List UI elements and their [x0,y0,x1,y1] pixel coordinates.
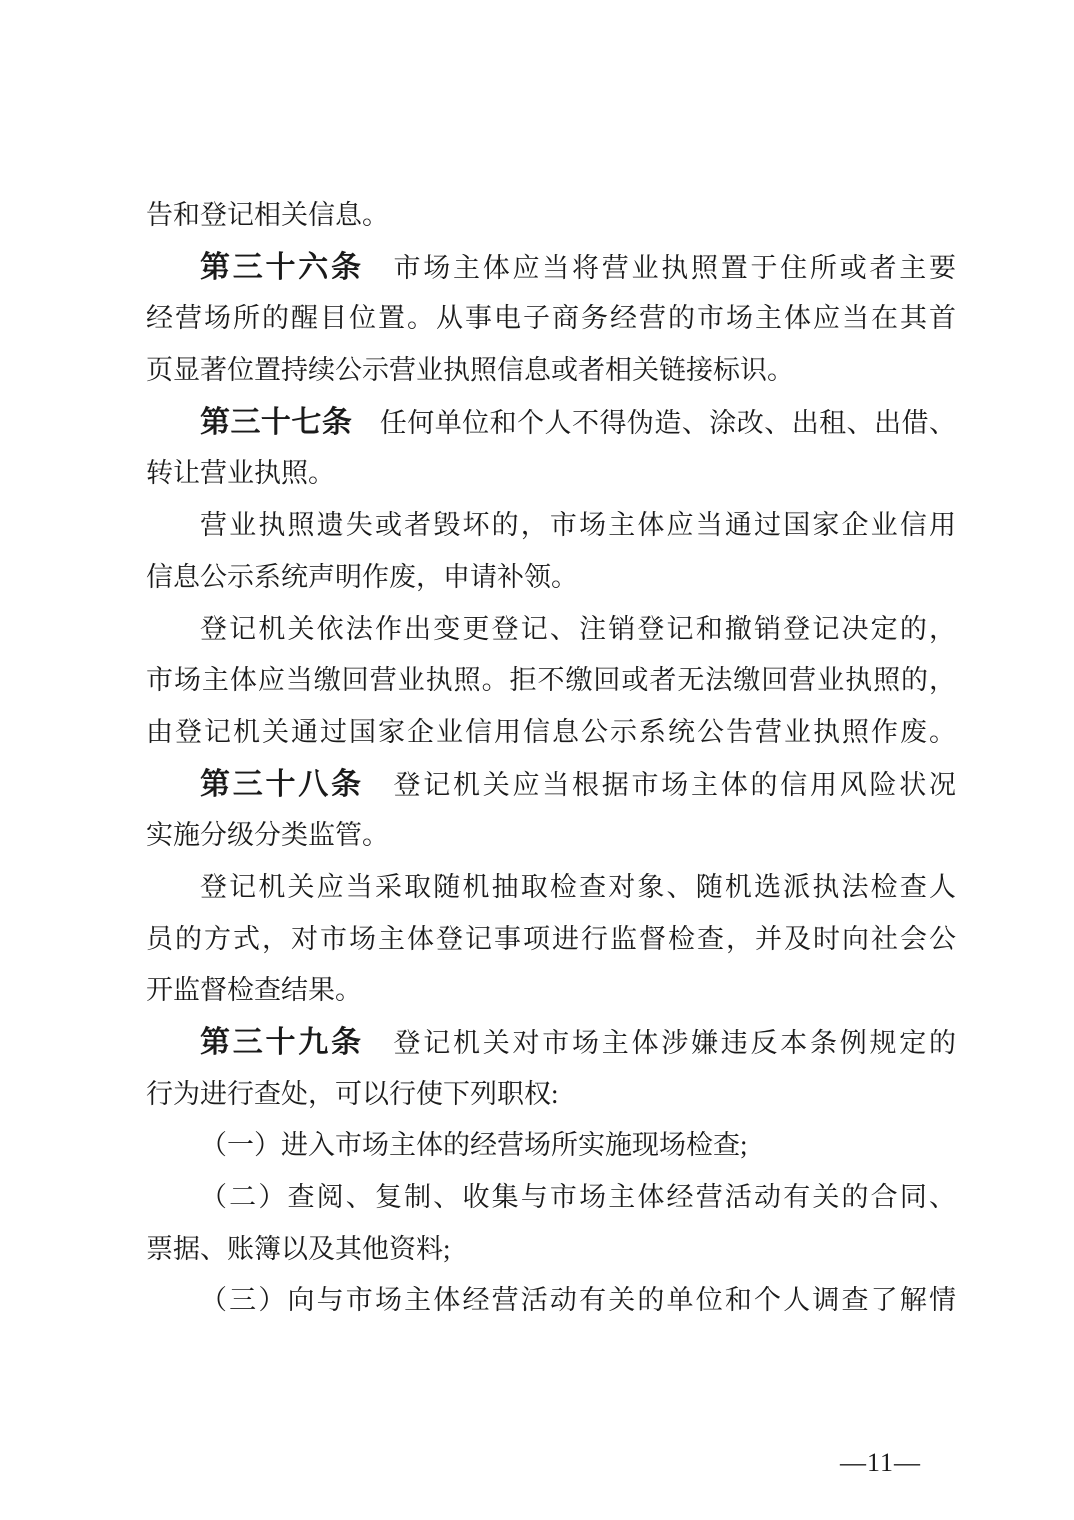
text-line: 第三十七条 任何单位和个人不得伪造、涂改、出租、出借、 [146,397,956,449]
line-text: 开监督检查结果。 [146,975,362,1005]
line-text: 页显著位置持续公示营业执照信息或者相关链接标识。 [146,355,794,385]
line-text: 登记机关依法作出变更登记、注销登记和撤销登记决定的， [200,614,956,644]
text-line: 告和登记相关信息。 [146,190,956,242]
text-line: 经营场所的醒目位置。从事电子商务经营的市场主体应当在其首 [146,293,956,345]
line-text: 登记机关对市场主体涉嫌违反本条例规定的 [364,1028,956,1058]
line-text: 营业执照遗失或者毁坏的，市场主体应当通过国家企业信用 [200,510,956,540]
document-page: 告和登记相关信息。第三十六条 市场主体应当将营业执照置于住所或者主要经营场所的醒… [0,0,1074,1520]
line-text: 信息公示系统声明作废，申请补领。 [146,562,578,592]
line-text: （一）进入市场主体的经营场所实施现场检查; [200,1130,748,1160]
line-text: 告和登记相关信息。 [146,200,389,230]
page-number: —11— [840,1448,921,1478]
text-line: （二）查阅、复制、收集与市场主体经营活动有关的合同、 [146,1172,956,1224]
line-text: 经营场所的醒目位置。从事电子商务经营的市场主体应当在其首 [146,303,956,333]
line-text: 市场主体应当将营业执照置于住所或者主要 [364,253,956,283]
article-number: 第三十七条 [200,406,352,439]
line-text: 市场主体应当缴回营业执照。拒不缴回或者无法缴回营业执照的， [146,665,956,695]
text-line: （一）进入市场主体的经营场所实施现场检查; [146,1120,956,1172]
text-line: 由登记机关通过国家企业信用信息公示系统公告营业执照作废。 [146,707,956,759]
document-body: 告和登记相关信息。第三十六条 市场主体应当将营业执照置于住所或者主要经营场所的醒… [146,190,956,1327]
line-text: 由登记机关通过国家企业信用信息公示系统公告营业执照作废。 [146,717,956,747]
text-line: 实施分级分类监管。 [146,810,956,862]
line-text: 转让营业执照。 [146,458,335,488]
text-line: 第三十六条 市场主体应当将营业执照置于住所或者主要 [146,242,956,294]
text-line: 员的方式，对市场主体登记事项进行监督检查，并及时向社会公 [146,914,956,966]
line-text: （三）向与市场主体经营活动有关的单位和个人调查了解情 [200,1285,956,1315]
line-text: 登记机关应当采取随机抽取检查对象、随机选派执法检查人 [200,872,956,902]
text-line: 第三十八条 登记机关应当根据市场主体的信用风险状况 [146,759,956,811]
text-line: 登记机关依法作出变更登记、注销登记和撤销登记决定的， [146,604,956,656]
line-text: 员的方式，对市场主体登记事项进行监督检查，并及时向社会公 [146,924,956,954]
text-line: 转让营业执照。 [146,448,956,500]
text-line: 页显著位置持续公示营业执照信息或者相关链接标识。 [146,345,956,397]
text-line: 第三十九条 登记机关对市场主体涉嫌违反本条例规定的 [146,1017,956,1069]
text-line: 营业执照遗失或者毁坏的，市场主体应当通过国家企业信用 [146,500,956,552]
text-line: 开监督检查结果。 [146,965,956,1017]
line-text: 实施分级分类监管。 [146,820,389,850]
line-text: 任何单位和个人不得伪造、涂改、出租、出借、 [352,408,956,438]
text-line: 票据、账簿以及其他资料; [146,1224,956,1276]
line-text: （二）查阅、复制、收集与市场主体经营活动有关的合同、 [200,1182,956,1212]
line-text: 登记机关应当根据市场主体的信用风险状况 [364,770,956,800]
line-text: 行为进行查处，可以行使下列职权: [146,1079,559,1109]
text-line: 市场主体应当缴回营业执照。拒不缴回或者无法缴回营业执照的， [146,655,956,707]
line-text: 票据、账簿以及其他资料; [146,1234,451,1264]
text-line: 登记机关应当采取随机抽取检查对象、随机选派执法检查人 [146,862,956,914]
text-line: 信息公示系统声明作废，申请补领。 [146,552,956,604]
article-number: 第三十六条 [200,251,364,284]
text-line: 行为进行查处，可以行使下列职权: [146,1069,956,1121]
text-line: （三）向与市场主体经营活动有关的单位和个人调查了解情 [146,1275,956,1327]
article-number: 第三十八条 [200,768,364,801]
article-number: 第三十九条 [200,1026,364,1059]
